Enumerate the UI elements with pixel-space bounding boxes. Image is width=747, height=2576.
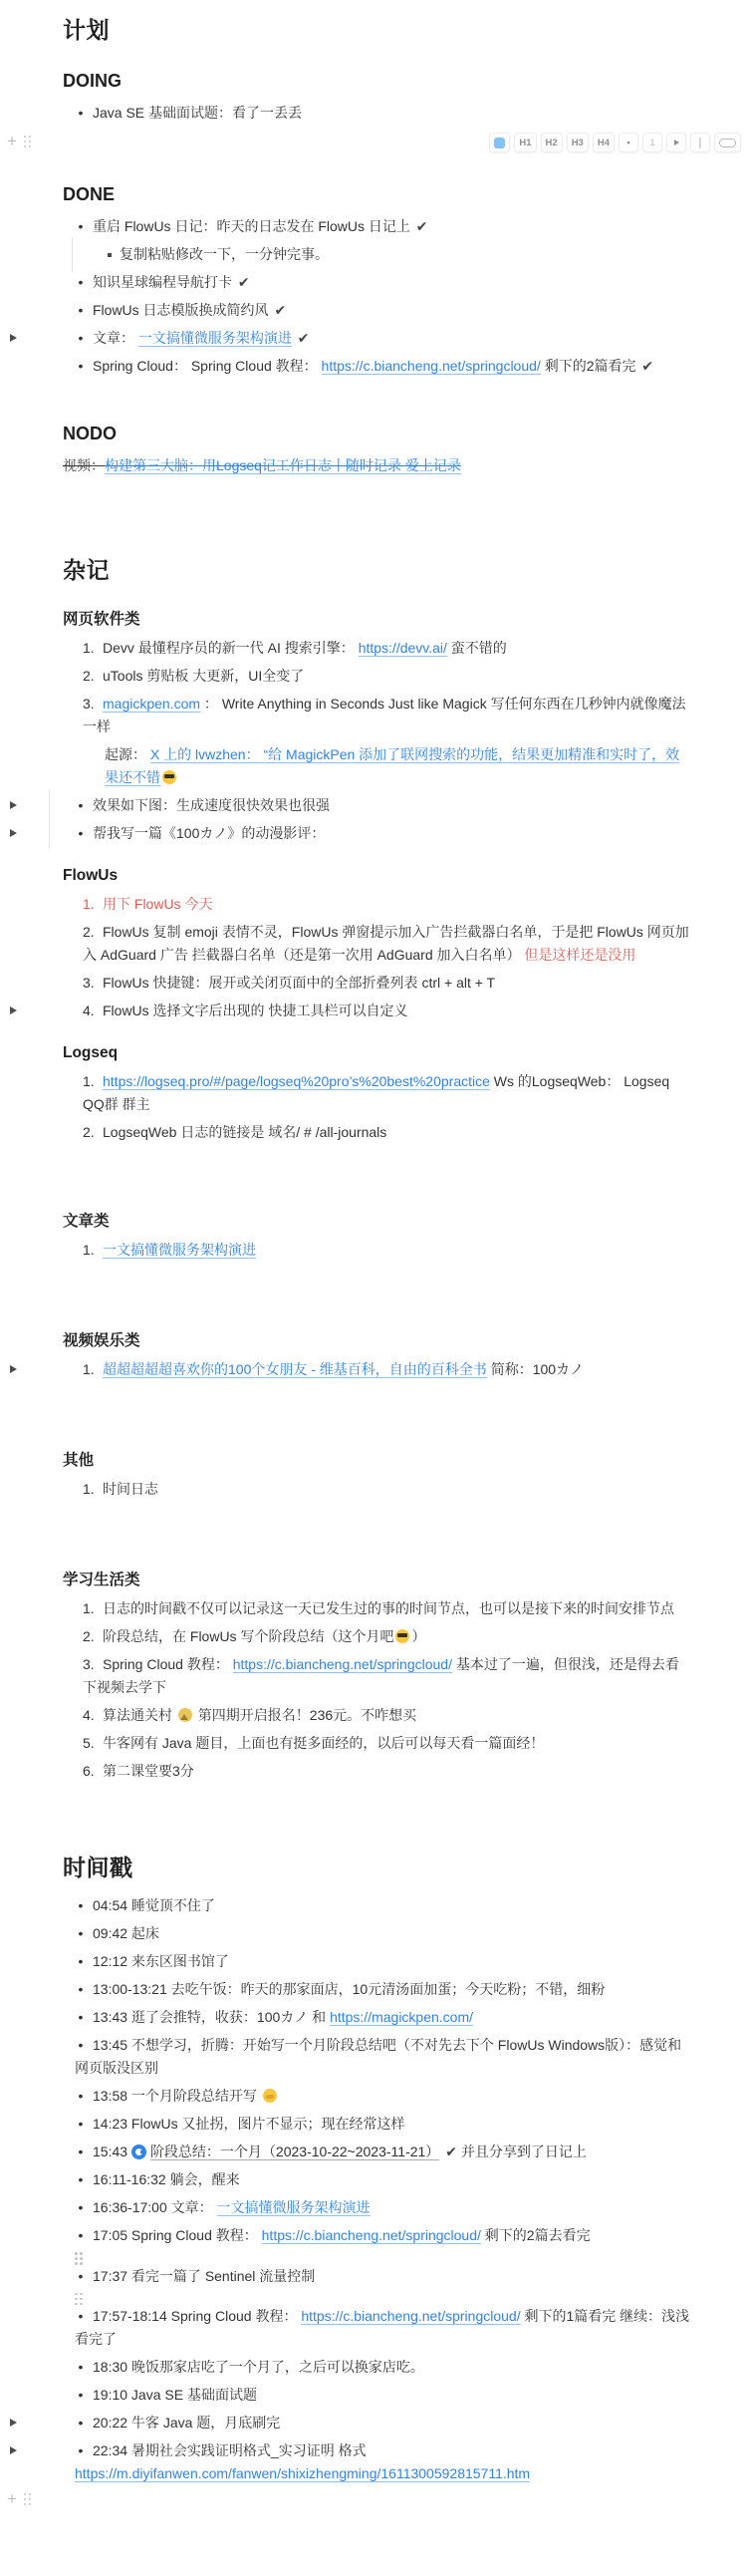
row-content: 04:54 睡觉顶不住了 xyxy=(93,1897,215,1913)
text-span: FlowUs 快捷键：展开或关闭页面中的全部折叠列表 ctrl + alt + … xyxy=(103,975,495,991)
text-span: 起源： xyxy=(105,746,150,762)
row-content: 12:12 来东区图书馆了 xyxy=(93,1953,229,1969)
link[interactable]: https://magickpen.com/ xyxy=(330,2009,473,2026)
text-span: 第四期开启报名！236元。不咋想买 xyxy=(194,1707,416,1723)
text-span xyxy=(292,330,296,346)
divider-icon xyxy=(719,139,736,147)
h2-button[interactable]: H2 xyxy=(541,133,563,152)
section-gap xyxy=(63,1149,691,1187)
numbered-item: 1.一文搞懂微服务架构演进 xyxy=(63,1239,691,1262)
bullet-item: •14:23 FlowUs 又扯拐，图片不显示；现在经常这样 xyxy=(63,2113,691,2136)
row-content: Spring Cloud 教程： https://c.biancheng.net… xyxy=(83,1656,679,1695)
link[interactable]: 一文搞懂微服务架构演进 xyxy=(138,330,292,347)
sunglasses-emoji xyxy=(395,1629,409,1643)
quote-button[interactable] xyxy=(690,133,710,152)
numbered-list-button[interactable]: 1 xyxy=(642,133,662,152)
number-marker: 1. xyxy=(83,1358,99,1381)
bullet-marker: • xyxy=(75,327,87,350)
bullet-item: •16:11-16:32 躺会，醒来 xyxy=(63,2168,691,2191)
row-content: 复制粘贴修改一下，一分钟完事。 xyxy=(120,246,329,262)
text-span: 剩下的2篇看完 xyxy=(541,358,640,374)
text-span: LogseqWeb 日志的链接是 域名/ # /all-journals xyxy=(103,1124,386,1140)
block-gutter: + xyxy=(7,135,31,148)
h1-button[interactable]: H1 xyxy=(514,133,536,152)
number-marker: 2. xyxy=(83,1121,99,1144)
row-content: 视频：构建第三大脑：用Logseq记工作日志丨随时记录 爱上记录 xyxy=(63,457,461,474)
bottom-gutter-row: + xyxy=(63,2490,691,2546)
text-span: 阶段总结，在 FlowUs 写个阶段总结（这个月吧 xyxy=(103,1628,393,1644)
row-content: 第二课堂要3分 xyxy=(103,1763,194,1779)
numbered-item: 5.牛客网有 Java 题目，上面也有挺多面经的，以后可以每天看一篇面经！ xyxy=(63,1732,691,1755)
bulleted-list-button[interactable]: • xyxy=(619,133,638,152)
link[interactable]: 一文搞懂微服务架构演进 xyxy=(103,1242,256,1259)
section-heading: NODO xyxy=(63,424,691,444)
block-gutter: + xyxy=(7,2492,31,2506)
row-content: 16:36-17:00 文章： 一文搞懂微服务架构演进 xyxy=(93,2199,371,2216)
numbered-item: 1.用下 FlowUs 今天 xyxy=(63,893,691,916)
numbered-item: 1.https://logseq.pro/#/page/logseq%20pro… xyxy=(63,1070,691,1116)
checkmark-icon: ✔ xyxy=(238,274,250,290)
number-marker: 2. xyxy=(83,1625,99,1648)
text-span: 19:10 Java SE 基础面试题 xyxy=(93,2387,257,2403)
section-gap xyxy=(63,1267,691,1306)
link[interactable]: https://c.biancheng.net/springcloud/ xyxy=(301,2308,520,2325)
section-gap xyxy=(63,1788,691,1818)
text-span: 蛮不错的 xyxy=(447,640,507,656)
bullet-item: •09:42 起床 xyxy=(63,1922,691,1945)
bullet-item: •17:57-18:14 Spring Cloud 教程： https://c.… xyxy=(63,2293,691,2352)
link[interactable]: https://c.biancheng.net/springcloud/ xyxy=(233,1656,452,1673)
numbered-item: 1.超超超超超喜欢你的100个女朋友 - 维基百科，自由的百科全书 简称：100… xyxy=(63,1358,691,1381)
section-heading: 时间戳 xyxy=(63,1850,691,1882)
text-span: 时间日志 xyxy=(103,1481,158,1497)
link[interactable]: magickpen.com xyxy=(103,696,200,713)
number-marker: 1. xyxy=(83,1239,99,1262)
text-span: 重启 FlowUs 日记：昨天的日志发在 FlowUs 日记上 xyxy=(93,218,414,234)
toggle-arrow-icon[interactable] xyxy=(10,334,17,342)
row-content: 阶段总结，在 FlowUs 写个阶段总结（这个月吧） xyxy=(103,1628,425,1644)
row-content: https://logseq.pro/#/page/logseq%20pro’s… xyxy=(83,1073,669,1112)
row-content: 14:23 FlowUs 又扯拐，图片不显示；现在经常这样 xyxy=(93,2116,404,2132)
row-content: 16:11-16:32 躺会，醒来 xyxy=(93,2171,240,2187)
page-icon xyxy=(131,2145,146,2159)
bullet-marker: • xyxy=(75,2356,87,2379)
blocks-container: 计划DOING•Java SE 基础面试题：看了一丢丢+H1H2H3H4•1DO… xyxy=(63,12,691,2546)
bullet-marker: • xyxy=(75,271,87,294)
toggle-arrow-icon[interactable] xyxy=(10,2419,17,2427)
link[interactable]: 超超超超超喜欢你的100个女朋友 - 维基百科，自由的百科全书 xyxy=(103,1361,487,1378)
numbered-item: 3.FlowUs 快捷键：展开或关闭页面中的全部折叠列表 ctrl + alt … xyxy=(63,972,691,995)
link[interactable]: https://c.biancheng.net/springcloud/ xyxy=(262,2227,481,2244)
bullet-marker: • xyxy=(75,1894,87,1917)
text-span: 牛客网有 Java 题目，上面也有挺多面经的，以后可以每天看一篇面经！ xyxy=(103,1735,544,1751)
text-span: 效果如下图：生成速度很快效果也很强 xyxy=(93,797,330,813)
row-content: 15:43 阶段总结：一个月（2023-10-22~2023-11-21） ✔ … xyxy=(93,2144,587,2159)
bullet-marker: • xyxy=(75,2034,87,2057)
toggle-arrow-icon[interactable] xyxy=(10,2446,17,2454)
row-content: Spring Cloud： Spring Cloud 教程： https://c… xyxy=(93,358,653,374)
text-span: 日志的时间戳不仅可以记录这一天已发生过的事的时间节点，也可以是接下来的时间安排节… xyxy=(103,1600,674,1616)
row-content: 22:34 暑期社会实践证明格式_实习证明 格式https://m.diyifa… xyxy=(75,2442,530,2482)
toggle-arrow-icon[interactable] xyxy=(10,801,17,809)
number-marker: 1. xyxy=(83,1478,99,1501)
row-content: LogseqWeb 日志的链接是 域名/ # /all-journals xyxy=(103,1124,386,1140)
number-marker: 3. xyxy=(83,693,99,716)
text-span: 简称：100カノ xyxy=(487,1361,584,1377)
number-marker: 1. xyxy=(83,1597,99,1620)
checkmark-icon: ✔ xyxy=(298,330,310,346)
drag-handle-icon[interactable] xyxy=(75,2293,691,2306)
text-span: 剩下的2篇去看完 xyxy=(481,2227,591,2243)
numbered-item: 3.Spring Cloud 教程： https://c.biancheng.n… xyxy=(63,1653,691,1699)
bullet-item: •13:58 一个月阶段总结开写 xyxy=(63,2085,691,2108)
bullet-marker: • xyxy=(75,355,87,378)
bullet-marker: • xyxy=(75,102,87,125)
text-span: 12:12 来东区图书馆了 xyxy=(93,1953,229,1969)
text-span: Devv 最懂程序员的新一代 AI 搜索引擎： xyxy=(103,640,359,656)
sub-bullet-item: 复制粘贴修改一下，一分钟完事。 xyxy=(63,243,691,266)
text-span: Java SE 基础面试题：看了一丢丢 xyxy=(93,105,302,121)
bullet-marker: • xyxy=(75,2224,87,2247)
row-content: Devv 最懂程序员的新一代 AI 搜索引擎： https://devv.ai/… xyxy=(103,640,507,657)
bullet-item: •18:30 晚饭那家店吃了一个月了，之后可以换家店吃。 xyxy=(63,2356,691,2379)
h3-button[interactable]: H3 xyxy=(567,133,589,152)
bullet-item: •知识星球编程导航打卡 ✔ xyxy=(63,271,691,294)
numbered-item: 2.FlowUs 复制 emoji 表情不灵，FlowUs 弹窗提示加入广告拦截… xyxy=(63,921,691,967)
bullet-marker: • xyxy=(75,299,87,322)
link[interactable]: X 上的 lvwzhen： “给 MagickPen 添加了联网搜索的功能，结果… xyxy=(105,746,679,786)
text-span: 09:42 起床 xyxy=(93,1925,159,1941)
bullet-item: •Spring Cloud： Spring Cloud 教程： https://… xyxy=(63,355,691,378)
section-heading: 文章类 xyxy=(63,1209,691,1231)
text-span: Spring Cloud 教程： xyxy=(103,1656,233,1672)
section-heading: 网页软件类 xyxy=(63,607,691,629)
bullet-item: •16:36-17:00 文章： 一文搞懂微服务架构演进 xyxy=(63,2196,691,2219)
bullet-marker xyxy=(105,243,115,266)
section-gap xyxy=(63,1386,691,1426)
drag-handle-icon[interactable] xyxy=(24,136,32,148)
bullet-marker: • xyxy=(75,2006,87,2029)
text-span: 17:57-18:14 Spring Cloud 教程： xyxy=(93,2308,301,2324)
bullet-marker: • xyxy=(75,215,87,238)
bullet-item: •12:12 来东区图书馆了 xyxy=(63,1950,691,1973)
h4-button[interactable]: H4 xyxy=(593,133,615,152)
row-content: 文章： 一文搞懂微服务架构演进 ✔ xyxy=(93,330,310,346)
continuation-line: 起源： X 上的 lvwzhen： “给 MagickPen 添加了联网搜索的功… xyxy=(63,743,691,789)
text-span: 知识星球编程导航打卡 xyxy=(93,274,236,290)
text-span: 13:43 逛了会推特，收获：100カノ 和 xyxy=(93,2009,330,2025)
row-content: 19:10 Java SE 基础面试题 xyxy=(93,2387,257,2403)
text-span: 视频： xyxy=(63,457,105,473)
toggle-arrow-icon[interactable] xyxy=(10,829,17,837)
section-gap xyxy=(63,1506,691,1546)
row-content: 17:57-18:14 Spring Cloud 教程： https://c.b… xyxy=(75,2308,689,2347)
text-span: 用下 FlowUs 今天 xyxy=(103,896,212,912)
bullet-item: •17:05 Spring Cloud 教程： https://c.bianch… xyxy=(63,2224,691,2247)
numbered-item: 4.算法通关村 第四期开启报名！236元。不咋想买 xyxy=(63,1704,691,1727)
muscle-emoji xyxy=(263,2089,277,2103)
text-span: 17:05 Spring Cloud 教程： xyxy=(93,2227,262,2243)
checkmark-icon: ✔ xyxy=(445,2144,457,2159)
toggle-list-button[interactable] xyxy=(666,133,686,152)
toggle-arrow-icon[interactable] xyxy=(10,1365,17,1373)
numbered-item: 6.第二课堂要3分 xyxy=(63,1760,691,1783)
bullet-item: •20:22 牛客 Java 题，月底刷完 xyxy=(63,2412,691,2434)
bullet-marker: • xyxy=(75,2265,87,2288)
number-marker: 3. xyxy=(83,972,99,995)
text-span: 第二课堂要3分 xyxy=(103,1763,194,1779)
add-block-icon[interactable]: + xyxy=(7,2492,17,2506)
bullet-marker: • xyxy=(75,822,87,845)
text-span: 14:23 FlowUs 又扯拐，图片不显示；现在经常这样 xyxy=(93,2116,404,2132)
text-span: 算法通关村 xyxy=(103,1707,176,1723)
page-link[interactable]: 阶段总结：一个月（2023-10-22~2023-11-21） xyxy=(150,2144,439,2160)
bullet-item: •13:45 不想学习，折腾：开始写一个月阶段总结吧（不对先去下个 FlowUs… xyxy=(63,2034,691,2080)
add-block-icon[interactable]: + xyxy=(7,135,17,148)
section-heading: Logseq xyxy=(63,1044,691,1062)
row-content: 13:58 一个月阶段总结开写 xyxy=(93,2088,279,2104)
bullet-item: •04:54 睡觉顶不住了 xyxy=(63,1894,691,1917)
numbered-item: 3.magickpen.com ： Write Anything in Seco… xyxy=(63,693,691,738)
section-heading: 学习生活类 xyxy=(63,1568,691,1589)
bullet-item: •15:43 阶段总结：一个月（2023-10-22~2023-11-21） ✔… xyxy=(63,2141,691,2163)
text-span: FlowUs 选择文字后出现的 快捷工具栏可以自定义 xyxy=(103,1002,407,1018)
row-content: 时间日志 xyxy=(103,1481,158,1497)
text-span: 15:43 xyxy=(93,2144,131,2159)
bullet-marker: • xyxy=(75,2141,87,2163)
bullet-marker: • xyxy=(75,1922,87,1945)
text-span: uTools 剪贴板 大更新，UI全变了 xyxy=(103,668,304,684)
link[interactable]: https://logseq.pro/#/page/logseq%20pro’s… xyxy=(103,1073,490,1090)
row-content: 重启 FlowUs 日记：昨天的日志发在 FlowUs 日记上 ✔ xyxy=(93,218,428,234)
sunglasses-emoji xyxy=(162,770,176,784)
mountain-emoji xyxy=(178,1708,192,1722)
link[interactable]: https://c.biancheng.net/springcloud/ xyxy=(322,358,541,375)
bullet-marker: • xyxy=(75,2196,87,2219)
row-content: 17:05 Spring Cloud 教程： https://c.bianche… xyxy=(93,2227,591,2244)
drag-handle-icon[interactable] xyxy=(24,2493,32,2506)
bullet-marker: • xyxy=(75,2384,87,2407)
row-content: 效果如下图：生成速度很快效果也很强 xyxy=(93,797,330,813)
row-content: FlowUs 复制 emoji 表情不灵，FlowUs 弹窗提示加入广告拦截器白… xyxy=(83,924,689,963)
checkmark-icon: ✔ xyxy=(416,218,428,234)
toggle-arrow-icon[interactable] xyxy=(10,1006,17,1014)
text-span: 22:34 暑期社会实践证明格式_实习证明 格式 xyxy=(93,2442,367,2458)
row-content: 知识星球编程导航打卡 ✔ xyxy=(93,274,250,290)
number-marker: 5. xyxy=(83,1732,99,1755)
row-content: FlowUs 选择文字后出现的 快捷工具栏可以自定义 xyxy=(103,1002,407,1018)
bullet-item: •效果如下图：生成速度很快效果也很强 xyxy=(63,794,691,817)
checkmark-icon: ✔ xyxy=(641,358,653,374)
row-content: 13:43 逛了会推特，收获：100カノ 和 https://magickpen… xyxy=(93,2009,473,2026)
link[interactable]: https://devv.ai/ xyxy=(359,640,447,657)
row-content: 牛客网有 Java 题目，上面也有挺多面经的，以后可以每天看一篇面经！ xyxy=(103,1735,544,1751)
bullet-marker: • xyxy=(75,2168,87,2191)
text-span: 16:11-16:32 躺会，醒来 xyxy=(93,2171,240,2187)
row-content: 超超超超超喜欢你的100个女朋友 - 维基百科，自由的百科全书 简称：100カノ xyxy=(103,1361,584,1378)
section-heading: FlowUs xyxy=(63,867,691,885)
text-span: 13:45 不想学习，折腾：开始写一个月阶段总结吧（不对先去下个 FlowUs … xyxy=(75,2037,681,2076)
bullet-marker: • xyxy=(75,1950,87,1973)
row-content: 13:45 不想学习，折腾：开始写一个月阶段总结吧（不对先去下个 FlowUs … xyxy=(75,2037,681,2076)
paragraph: 视频：构建第三大脑：用Logseq记工作日志丨随时记录 爱上记录 xyxy=(63,454,691,477)
section-heading: 计划 xyxy=(63,12,691,45)
bullet-item: •19:10 Java SE 基础面试题 xyxy=(63,2384,691,2407)
text-span: 16:36-17:00 文章： xyxy=(93,2199,217,2215)
bullet-marker: • xyxy=(75,1978,87,2001)
bullet-item: •17:37 看完一篇了 Sentinel 流量控制 xyxy=(63,2252,691,2288)
text-span: 18:30 晚饭那家店吃了一个月了，之后可以换家店吃。 xyxy=(93,2359,424,2375)
text-span: 帮我写一篇《100カノ》的动漫影评： xyxy=(93,825,325,841)
text-span: 17:37 看完一篇了 Sentinel 流量控制 xyxy=(93,2268,315,2284)
link[interactable]: 一文搞懂微服务架构演进 xyxy=(217,2199,371,2216)
text-span: 复制粘贴修改一下，一分钟完事。 xyxy=(120,246,329,262)
text-block-icon xyxy=(494,138,505,148)
hover-toolbar-row: +H1H2H3H4•1 xyxy=(63,133,691,158)
toggle-list-icon xyxy=(674,140,679,145)
numbered-item: 1.时间日志 xyxy=(63,1478,691,1501)
row-content: 用下 FlowUs 今天 xyxy=(103,896,212,912)
divider-button[interactable] xyxy=(714,133,741,152)
row-content: 帮我写一篇《100カノ》的动漫影评： xyxy=(93,825,325,841)
number-marker: 2. xyxy=(83,921,99,944)
drag-handle-icon[interactable] xyxy=(75,2252,691,2265)
text-span: Spring Cloud： Spring Cloud 教程： xyxy=(93,358,322,374)
number-marker: 4. xyxy=(83,1000,99,1022)
row-content: 17:37 看完一篇了 Sentinel 流量控制 xyxy=(93,2268,315,2284)
row-content: uTools 剪贴板 大更新，UI全变了 xyxy=(103,668,304,684)
section-heading: 视频娱乐类 xyxy=(63,1328,691,1350)
number-marker: 1. xyxy=(83,893,99,916)
row-content: 起源： X 上的 lvwzhen： “给 MagickPen 添加了联网搜索的功… xyxy=(105,746,679,785)
text-span: FlowUs 日志模版换成简约风 xyxy=(93,302,272,318)
bullet-item: •13:00-13:21 去吃午饭：昨天的那家面店，10元清汤面加蛋；今天吃粉；… xyxy=(63,1978,691,2001)
section-heading: 杂记 xyxy=(63,552,691,585)
text-span: 13:00-13:21 去吃午饭：昨天的那家面店，10元清汤面加蛋；今天吃粉；不… xyxy=(93,1981,605,1997)
link[interactable]: 构建第三大脑：用Logseq记工作日志丨随时记录 爱上记录 xyxy=(105,457,461,474)
text-span: 20:22 牛客 Java 题，月底刷完 xyxy=(93,2415,280,2431)
numbered-item: 2.uTools 剪贴板 大更新，UI全变了 xyxy=(63,665,691,688)
row-content: FlowUs 日志模版换成简约风 ✔ xyxy=(93,302,286,318)
numbered-item: 2.LogseqWeb 日志的链接是 域名/ # /all-journals xyxy=(63,1121,691,1144)
row-content: 一文搞懂微服务架构演进 xyxy=(103,1242,256,1259)
bullet-item: •FlowUs 日志模版换成简约风 ✔ xyxy=(63,299,691,322)
section-heading: DONE xyxy=(63,184,691,205)
text-span: 文章： xyxy=(93,330,138,346)
indent-guide-line xyxy=(72,237,73,272)
bullet-marker: • xyxy=(75,2113,87,2136)
bullet-item: •Java SE 基础面试题：看了一丢丢 xyxy=(63,102,691,125)
bullet-item: •文章： 一文搞懂微服务架构演进 ✔ xyxy=(63,327,691,350)
text-span xyxy=(439,2144,443,2159)
section-gap xyxy=(63,482,691,520)
document-page: 计划DOING•Java SE 基础面试题：看了一丢丢+H1H2H3H4•1DO… xyxy=(0,0,747,2576)
row-content: magickpen.com ： Write Anything in Second… xyxy=(83,696,686,734)
text-span: 13:58 一个月阶段总结开写 xyxy=(93,2088,261,2104)
row-content: 日志的时间戳不仅可以记录这一天已发生过的事的时间节点，也可以是接下来的时间安排节… xyxy=(103,1600,674,1616)
text-span: 并且分享到了日记上 xyxy=(457,2144,587,2159)
row-content: Java SE 基础面试题：看了一丢丢 xyxy=(93,105,302,121)
number-marker: 2. xyxy=(83,665,99,688)
row-content: 13:00-13:21 去吃午饭：昨天的那家面店，10元清汤面加蛋；今天吃粉；不… xyxy=(93,1981,605,1997)
number-marker: 3. xyxy=(83,1653,99,1676)
numbered-item: 1.Devv 最懂程序员的新一代 AI 搜索引擎： https://devv.a… xyxy=(63,637,691,660)
row-content: 09:42 起床 xyxy=(93,1925,159,1941)
bullet-marker: • xyxy=(75,2085,87,2108)
quote-icon xyxy=(699,138,701,148)
text-span: ） xyxy=(411,1628,425,1644)
checkmark-icon: ✔ xyxy=(274,302,286,318)
number-marker: 4. xyxy=(83,1704,99,1727)
numbered-item: 4.FlowUs 选择文字后出现的 快捷工具栏可以自定义 xyxy=(63,1000,691,1022)
number-marker: 6. xyxy=(83,1760,99,1783)
section-heading: DOING xyxy=(63,71,691,92)
bullet-item: •13:43 逛了会推特，收获：100カノ 和 https://magickpe… xyxy=(63,2006,691,2029)
bullet-item: •重启 FlowUs 日记：昨天的日志发在 FlowUs 日记上 ✔ xyxy=(63,215,691,238)
bullet-marker: • xyxy=(75,794,87,817)
number-marker: 1. xyxy=(83,637,99,660)
bullet-marker: • xyxy=(75,2439,87,2462)
numbered-item: 2.阶段总结，在 FlowUs 写个阶段总结（这个月吧） xyxy=(63,1625,691,1648)
row-content: 18:30 晚饭那家店吃了一个月了，之后可以换家店吃。 xyxy=(93,2359,424,2375)
numbered-item: 1.日志的时间戳不仅可以记录这一天已发生过的事的时间节点，也可以是接下来的时间安… xyxy=(63,1597,691,1620)
bullet-marker: • xyxy=(75,2412,87,2434)
number-marker: 1. xyxy=(83,1070,99,1093)
row-content: FlowUs 快捷键：展开或关闭页面中的全部折叠列表 ctrl + alt + … xyxy=(103,975,495,991)
bullet-item: •22:34 暑期社会实践证明格式_实习证明 格式https://m.diyif… xyxy=(63,2439,691,2485)
text-span: 04:54 睡觉顶不住了 xyxy=(93,1897,215,1913)
text-span: 但是这样还是没用 xyxy=(524,947,635,963)
bullet-marker: • xyxy=(75,2305,87,2328)
bullet-item: •帮我写一篇《100カノ》的动漫影评： xyxy=(63,822,691,845)
section-heading: 其他 xyxy=(63,1448,691,1470)
text-block-button[interactable] xyxy=(489,133,510,152)
row-content: 20:22 牛客 Java 题，月底刷完 xyxy=(93,2415,280,2431)
link[interactable]: https://m.diyifanwen.com/fanwen/shixizhe… xyxy=(75,2465,530,2482)
row-content: 算法通关村 第四期开启报名！236元。不咋想买 xyxy=(103,1707,416,1723)
format-toolbar: H1H2H3H4•1 xyxy=(489,133,741,152)
